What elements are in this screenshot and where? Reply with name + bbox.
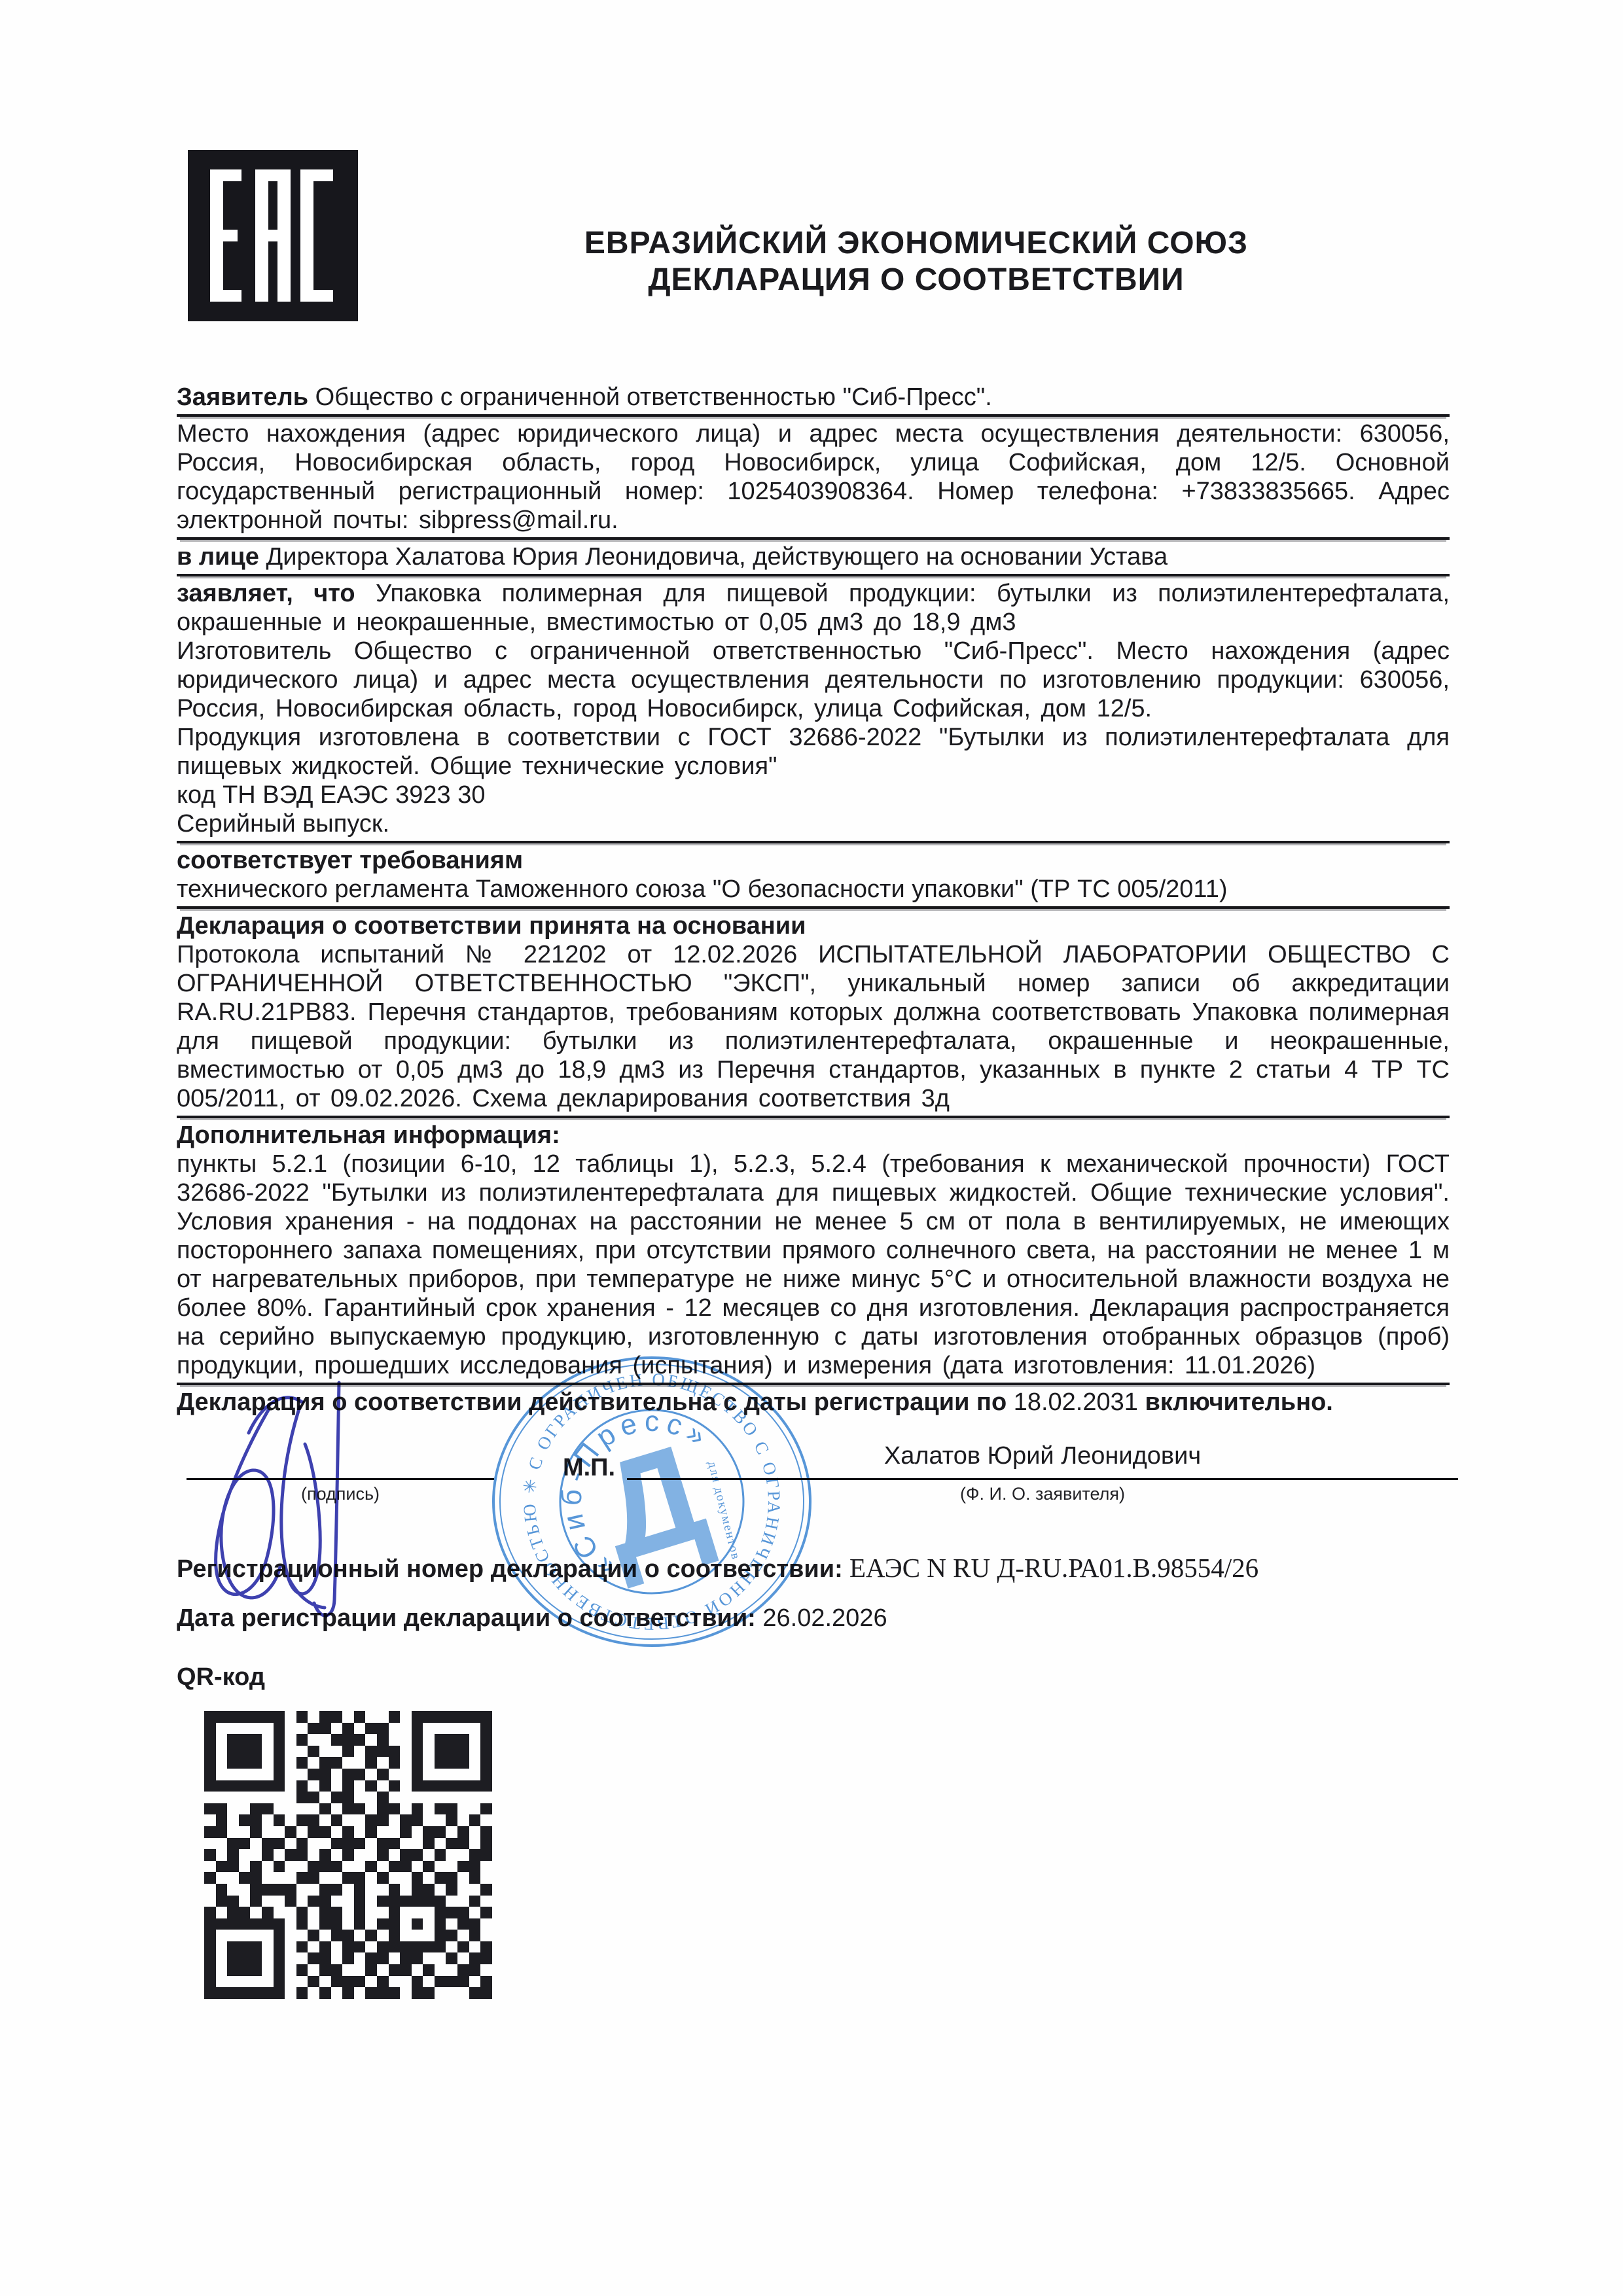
qr-module bbox=[480, 1872, 492, 1884]
qr-module bbox=[296, 1849, 308, 1861]
qr-module bbox=[262, 1780, 274, 1792]
qr-module bbox=[412, 1838, 423, 1850]
qr-module bbox=[204, 1987, 216, 1999]
qr-module bbox=[250, 1872, 262, 1884]
qr-module bbox=[446, 1849, 457, 1861]
qr-module bbox=[446, 1746, 457, 1757]
doc-title: ЕВРАЗИЙСКИЙ ЭКОНОМИЧЕСКИЙ СОЮЗ ДЕКЛАРАЦИ… bbox=[406, 225, 1427, 298]
qr-module bbox=[389, 1884, 401, 1896]
serial-line: Серийный выпуск. bbox=[177, 809, 1450, 843]
qr-module bbox=[308, 1803, 319, 1815]
qr-module bbox=[319, 1814, 331, 1826]
qr-module bbox=[319, 1838, 331, 1850]
qr-module bbox=[400, 1896, 412, 1907]
qr-module bbox=[354, 1930, 366, 1941]
qr-module bbox=[354, 1769, 366, 1780]
qr-module bbox=[296, 1838, 308, 1850]
qr-module bbox=[446, 1769, 457, 1780]
qr-module bbox=[308, 1976, 319, 1988]
qr-module bbox=[204, 1826, 216, 1838]
qr-module bbox=[446, 1757, 457, 1769]
qr-module bbox=[319, 1884, 331, 1896]
qr-module bbox=[480, 1780, 492, 1792]
qr-module bbox=[423, 1861, 435, 1873]
qr-module bbox=[354, 1711, 366, 1723]
qr-module bbox=[262, 1907, 274, 1918]
qr-module bbox=[331, 1792, 343, 1803]
qr-module bbox=[204, 1746, 216, 1757]
qr-module bbox=[389, 1780, 401, 1792]
qr-module bbox=[389, 1769, 401, 1780]
qr-module bbox=[204, 1711, 216, 1723]
qr-module bbox=[365, 1872, 377, 1884]
qr-module bbox=[296, 1723, 308, 1735]
qr-module bbox=[204, 1849, 216, 1861]
qr-module bbox=[331, 1769, 343, 1780]
qr-module bbox=[435, 1884, 446, 1896]
qr-module bbox=[239, 1884, 251, 1896]
qr-module bbox=[446, 1861, 457, 1873]
qr-module bbox=[262, 1861, 274, 1873]
qr-module bbox=[296, 1769, 308, 1780]
qr-module bbox=[319, 1769, 331, 1780]
qr-module bbox=[412, 1746, 423, 1757]
qr-module bbox=[274, 1780, 285, 1792]
qr-module bbox=[446, 1930, 457, 1941]
validity-suffix: включительно. bbox=[1138, 1388, 1333, 1416]
qr-module bbox=[457, 1723, 469, 1735]
qr-module bbox=[227, 1930, 239, 1941]
qr-module bbox=[250, 1918, 262, 1930]
qr-module bbox=[469, 1861, 481, 1873]
qr-module bbox=[331, 1826, 343, 1838]
qr-module bbox=[331, 1964, 343, 1976]
qr-module bbox=[216, 1769, 228, 1780]
qr-module bbox=[319, 1918, 331, 1930]
qr-module bbox=[285, 1987, 296, 1999]
qr-module bbox=[274, 1746, 285, 1757]
qr-module bbox=[469, 1826, 481, 1838]
qr-module bbox=[469, 1896, 481, 1907]
qr-module bbox=[227, 1769, 239, 1780]
qr-module bbox=[331, 1757, 343, 1769]
qr-module bbox=[308, 1814, 319, 1826]
qr-module bbox=[400, 1941, 412, 1953]
qr-module bbox=[250, 1757, 262, 1769]
qr-module bbox=[308, 1861, 319, 1873]
qr-module bbox=[365, 1746, 377, 1757]
qr-module bbox=[319, 1907, 331, 1918]
qr-module bbox=[296, 1918, 308, 1930]
qr-module bbox=[365, 1861, 377, 1873]
qr-module bbox=[250, 1861, 262, 1873]
qr-module bbox=[285, 1884, 296, 1896]
qr-module bbox=[296, 1780, 308, 1792]
tnved-line: код ТН ВЭД ЕАЭС 3923 30 bbox=[177, 781, 1450, 809]
qr-code bbox=[204, 1711, 492, 1999]
qr-module bbox=[435, 1711, 446, 1723]
qr-module bbox=[227, 1861, 239, 1873]
qr-module bbox=[319, 1941, 331, 1953]
qr-module bbox=[377, 1734, 389, 1746]
qr-module bbox=[457, 1711, 469, 1723]
qr-module bbox=[274, 1838, 285, 1850]
qr-module bbox=[377, 1792, 389, 1803]
qr-module bbox=[250, 1907, 262, 1918]
qr-module bbox=[377, 1780, 389, 1792]
qr-module bbox=[285, 1872, 296, 1884]
qr-module bbox=[262, 1734, 274, 1746]
qr-module bbox=[319, 1849, 331, 1861]
qr-module bbox=[412, 1861, 423, 1873]
signature-block: Халатов Юрий Леонидович М.П. (подпись) (… bbox=[177, 1413, 1450, 1551]
qr-module bbox=[262, 1757, 274, 1769]
qr-module bbox=[365, 1814, 377, 1826]
reg-number-row: Регистрационный номер декларации о соотв… bbox=[177, 1552, 1486, 1583]
qr-module bbox=[216, 1987, 228, 1999]
qr-module bbox=[457, 1987, 469, 1999]
qr-module bbox=[239, 1769, 251, 1780]
qr-module bbox=[400, 1792, 412, 1803]
reg-number-value: ЕАЭС N RU Д-RU.РА01.В.98554/26 bbox=[843, 1553, 1258, 1583]
qr-module bbox=[308, 1952, 319, 1964]
qr-module bbox=[354, 1826, 366, 1838]
qr-module bbox=[250, 1814, 262, 1826]
qr-module bbox=[412, 1757, 423, 1769]
reg-date-label: Дата регистрации декларации о соответств… bbox=[177, 1604, 756, 1632]
qr-module bbox=[342, 1780, 354, 1792]
qr-module bbox=[296, 1941, 308, 1953]
qr-module bbox=[331, 1861, 343, 1873]
qr-module bbox=[446, 1826, 457, 1838]
qr-module bbox=[423, 1769, 435, 1780]
qr-module bbox=[457, 1780, 469, 1792]
qr-module bbox=[239, 1711, 251, 1723]
qr-module bbox=[262, 1826, 274, 1838]
qr-module bbox=[457, 1849, 469, 1861]
qr-module bbox=[274, 1964, 285, 1976]
qr-module bbox=[469, 1780, 481, 1792]
qr-module bbox=[435, 1930, 446, 1941]
qr-module bbox=[423, 1964, 435, 1976]
name-line bbox=[627, 1478, 1458, 1480]
qr-module bbox=[389, 1711, 401, 1723]
qr-module bbox=[365, 1711, 377, 1723]
applicant-label: Заявитель bbox=[177, 383, 308, 411]
qr-module bbox=[262, 1884, 274, 1896]
qr-module bbox=[469, 1930, 481, 1941]
qr-module bbox=[239, 1930, 251, 1941]
qr-module bbox=[480, 1814, 492, 1826]
qr-module bbox=[469, 1711, 481, 1723]
qr-module bbox=[400, 1861, 412, 1873]
qr-module bbox=[457, 1964, 469, 1976]
in-person-value: Директора Халатова Юрия Леонидовича, дей… bbox=[259, 543, 1168, 571]
qr-module bbox=[435, 1814, 446, 1826]
qr-module bbox=[204, 1769, 216, 1780]
qr-module bbox=[285, 1803, 296, 1815]
qr-module bbox=[285, 1952, 296, 1964]
qr-module bbox=[469, 1814, 481, 1826]
qr-module bbox=[227, 1723, 239, 1735]
qr-module bbox=[239, 1896, 251, 1907]
qr-module bbox=[423, 1918, 435, 1930]
qr-module bbox=[412, 1723, 423, 1735]
reg-date-value: 26.02.2026 bbox=[756, 1604, 887, 1632]
qr-module bbox=[250, 1792, 262, 1803]
qr-module bbox=[377, 1861, 389, 1873]
qr-module bbox=[400, 1952, 412, 1964]
qr-module bbox=[423, 1952, 435, 1964]
qr-module bbox=[274, 1952, 285, 1964]
qr-module bbox=[446, 1884, 457, 1896]
qr-module bbox=[331, 1711, 343, 1723]
qr-module bbox=[239, 1838, 251, 1850]
qr-module bbox=[285, 1814, 296, 1826]
qr-module bbox=[250, 1746, 262, 1757]
qr-module bbox=[480, 1723, 492, 1735]
qr-module bbox=[342, 1918, 354, 1930]
qr-module bbox=[296, 1964, 308, 1976]
qr-module bbox=[469, 1734, 481, 1746]
qr-module bbox=[216, 1711, 228, 1723]
gost-paragraph: Продукция изготовлена в соответствии с Г… bbox=[177, 723, 1450, 781]
qr-module bbox=[331, 1849, 343, 1861]
qr-module bbox=[377, 1826, 389, 1838]
qr-module bbox=[319, 1780, 331, 1792]
qr-module bbox=[239, 1872, 251, 1884]
qr-module bbox=[296, 1711, 308, 1723]
qr-module bbox=[342, 1711, 354, 1723]
qr-module bbox=[227, 1987, 239, 1999]
qr-module bbox=[377, 1884, 389, 1896]
qr-module bbox=[250, 1849, 262, 1861]
qr-module bbox=[423, 1814, 435, 1826]
qr-module bbox=[400, 1746, 412, 1757]
qr-module bbox=[423, 1780, 435, 1792]
qr-module bbox=[446, 1814, 457, 1826]
qr-module bbox=[389, 1872, 401, 1884]
qr-module bbox=[204, 1803, 216, 1815]
qr-module bbox=[354, 1918, 366, 1930]
qr-module bbox=[377, 1711, 389, 1723]
qr-module bbox=[354, 1952, 366, 1964]
qr-module bbox=[480, 1826, 492, 1838]
qr-module bbox=[435, 1976, 446, 1988]
qr-module bbox=[227, 1964, 239, 1976]
qr-module bbox=[423, 1746, 435, 1757]
qr-module bbox=[250, 1964, 262, 1976]
qr-module bbox=[250, 1734, 262, 1746]
qr-module bbox=[227, 1941, 239, 1953]
qr-module bbox=[365, 1734, 377, 1746]
qr-module bbox=[354, 1872, 366, 1884]
qr-module bbox=[308, 1884, 319, 1896]
qr-module bbox=[296, 1930, 308, 1941]
qr-module bbox=[250, 1803, 262, 1815]
qr-module bbox=[389, 1896, 401, 1907]
qr-module bbox=[412, 1803, 423, 1815]
qr-module bbox=[377, 1746, 389, 1757]
qr-module bbox=[216, 1849, 228, 1861]
qr-module bbox=[423, 1723, 435, 1735]
qr-module bbox=[469, 1872, 481, 1884]
qr-module bbox=[342, 1826, 354, 1838]
qr-module bbox=[342, 1723, 354, 1735]
qr-module bbox=[262, 1964, 274, 1976]
qr-module bbox=[342, 1964, 354, 1976]
qr-module bbox=[296, 1861, 308, 1873]
qr-module bbox=[377, 1918, 389, 1930]
qr-module bbox=[262, 1814, 274, 1826]
qr-module bbox=[389, 1757, 401, 1769]
qr-module bbox=[204, 1734, 216, 1746]
qr-module bbox=[480, 1838, 492, 1850]
qr-module bbox=[216, 1941, 228, 1953]
qr-module bbox=[262, 1987, 274, 1999]
qr-module bbox=[319, 1746, 331, 1757]
qr-module bbox=[250, 1769, 262, 1780]
qr-module bbox=[216, 1884, 228, 1896]
qr-module bbox=[457, 1884, 469, 1896]
qr-module bbox=[308, 1734, 319, 1746]
qr-module bbox=[400, 1769, 412, 1780]
qr-module bbox=[469, 1746, 481, 1757]
qr-module bbox=[250, 1711, 262, 1723]
qr-module bbox=[446, 1907, 457, 1918]
qr-module bbox=[365, 1941, 377, 1953]
qr-module bbox=[423, 1838, 435, 1850]
qr-module bbox=[469, 1964, 481, 1976]
qr-module bbox=[216, 1930, 228, 1941]
doc-title-line2: ДЕКЛАРАЦИЯ О СООТВЕТСТВИИ bbox=[406, 262, 1427, 298]
qr-module bbox=[204, 1941, 216, 1953]
qr-module bbox=[308, 1757, 319, 1769]
qr-module bbox=[342, 1792, 354, 1803]
qr-module bbox=[285, 1711, 296, 1723]
qr-module bbox=[354, 1849, 366, 1861]
qr-module bbox=[423, 1757, 435, 1769]
qr-module bbox=[469, 1952, 481, 1964]
qr-module bbox=[204, 1872, 216, 1884]
qr-module bbox=[308, 1941, 319, 1953]
qr-module bbox=[457, 1814, 469, 1826]
qr-module bbox=[204, 1838, 216, 1850]
qr-module bbox=[480, 1930, 492, 1941]
qr-module bbox=[365, 1896, 377, 1907]
qr-module bbox=[262, 1952, 274, 1964]
qr-module bbox=[389, 1826, 401, 1838]
qr-module bbox=[365, 1849, 377, 1861]
document-page: ЕВРАЗИЙСКИЙ ЭКОНОМИЧЕСКИЙ СОЮЗ ДЕКЛАРАЦИ… bbox=[0, 0, 1623, 2296]
qr-module bbox=[446, 1964, 457, 1976]
qr-module bbox=[412, 1941, 423, 1953]
qr-module bbox=[423, 1976, 435, 1988]
qr-module bbox=[285, 1964, 296, 1976]
qr-module bbox=[400, 1838, 412, 1850]
qr-module bbox=[250, 1896, 262, 1907]
in-person-row: в лице Директора Халатова Юрия Леонидови… bbox=[177, 542, 1450, 576]
qr-module bbox=[389, 1734, 401, 1746]
qr-module bbox=[331, 1734, 343, 1746]
qr-module bbox=[296, 1757, 308, 1769]
qr-module bbox=[274, 1792, 285, 1803]
qr-module bbox=[480, 1769, 492, 1780]
qr-module bbox=[389, 1930, 401, 1941]
qr-module bbox=[354, 1987, 366, 1999]
qr-module bbox=[216, 1780, 228, 1792]
qr-module bbox=[204, 1952, 216, 1964]
qr-module bbox=[354, 1723, 366, 1735]
qr-module bbox=[457, 1792, 469, 1803]
qr-module bbox=[365, 1952, 377, 1964]
qr-module bbox=[239, 1861, 251, 1873]
doc-title-line1: ЕВРАЗИЙСКИЙ ЭКОНОМИЧЕСКИЙ СОЮЗ bbox=[406, 225, 1427, 262]
qr-module bbox=[423, 1930, 435, 1941]
qr-module bbox=[480, 1803, 492, 1815]
qr-module bbox=[342, 1907, 354, 1918]
qr-module bbox=[285, 1780, 296, 1792]
qr-module bbox=[274, 1907, 285, 1918]
qr-module bbox=[389, 1803, 401, 1815]
qr-module bbox=[262, 1769, 274, 1780]
qr-module bbox=[389, 1792, 401, 1803]
declares-value: Упаковка полимерная для пищевой продукци… bbox=[177, 580, 1450, 636]
qr-module bbox=[285, 1792, 296, 1803]
qr-module bbox=[296, 1814, 308, 1826]
qr-module bbox=[389, 1746, 401, 1757]
qr-module bbox=[342, 1757, 354, 1769]
qr-module bbox=[389, 1987, 401, 1999]
qr-module bbox=[227, 1826, 239, 1838]
qr-module bbox=[412, 1826, 423, 1838]
qr-module bbox=[365, 1918, 377, 1930]
qr-module bbox=[435, 1861, 446, 1873]
qr-module bbox=[342, 1734, 354, 1746]
qr-module bbox=[389, 1861, 401, 1873]
qr-module bbox=[377, 1930, 389, 1941]
qr-module bbox=[365, 1769, 377, 1780]
qr-module bbox=[446, 1711, 457, 1723]
qr-module bbox=[480, 1884, 492, 1896]
qr-module bbox=[239, 1941, 251, 1953]
qr-module bbox=[469, 1849, 481, 1861]
qr-module bbox=[262, 1838, 274, 1850]
qr-module bbox=[354, 1814, 366, 1826]
qr-module bbox=[227, 1792, 239, 1803]
qr-module bbox=[377, 1757, 389, 1769]
qr-module bbox=[342, 1849, 354, 1861]
qr-module bbox=[319, 1792, 331, 1803]
qr-module bbox=[412, 1907, 423, 1918]
qr-module bbox=[354, 1792, 366, 1803]
qr-module bbox=[365, 1987, 377, 1999]
qr-module bbox=[365, 1907, 377, 1918]
qr-module bbox=[377, 1896, 389, 1907]
qr-module bbox=[296, 1734, 308, 1746]
complies-label: соответствует требованиям bbox=[177, 846, 1450, 875]
qr-module bbox=[469, 1884, 481, 1896]
qr-module bbox=[285, 1734, 296, 1746]
qr-module bbox=[412, 1734, 423, 1746]
qr-module bbox=[423, 1711, 435, 1723]
qr-module bbox=[400, 1826, 412, 1838]
qr-module bbox=[400, 1757, 412, 1769]
qr-module bbox=[480, 1952, 492, 1964]
qr-module bbox=[377, 1907, 389, 1918]
additional-paragraph: пункты 5.2.1 (позиции 6-10, 12 таблицы 1… bbox=[177, 1150, 1450, 1385]
declares-paragraph: заявляет, что Упаковка полимерная для пи… bbox=[177, 579, 1450, 637]
